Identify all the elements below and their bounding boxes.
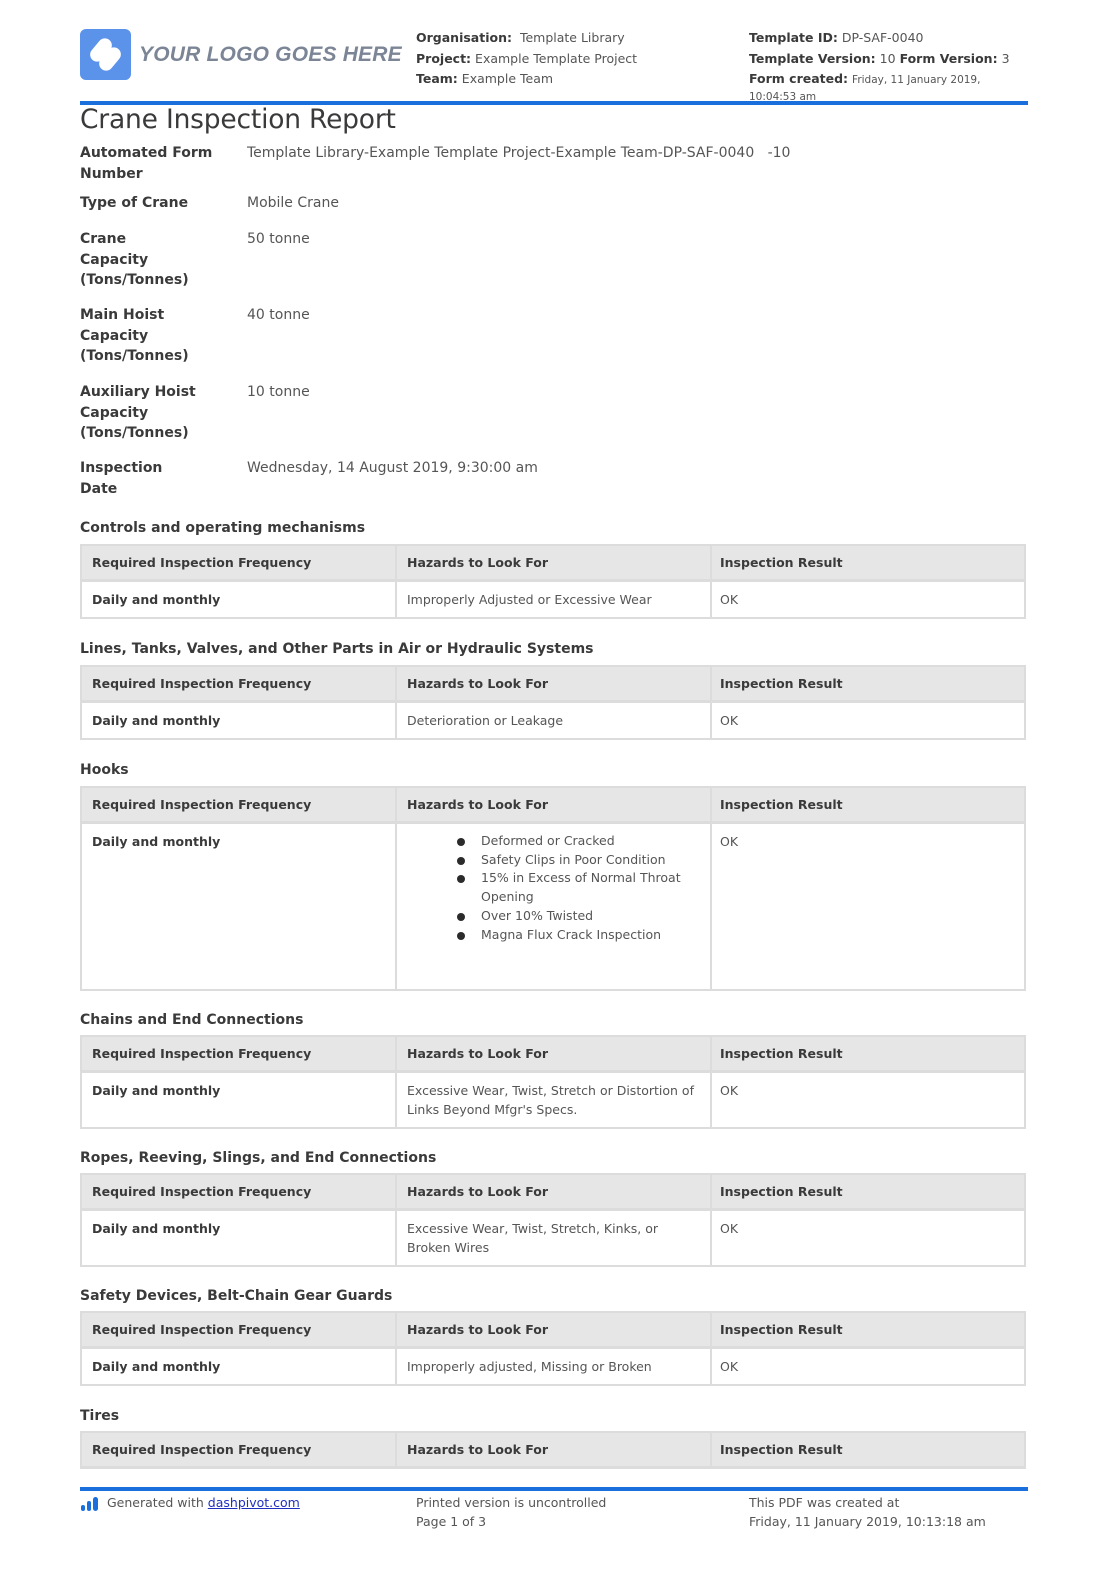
hazard-item: 15% in Excess of Normal Throat Opening (481, 869, 700, 906)
template-id-label: Template ID: (749, 30, 838, 45)
field-crane-capacity: Crane Capacity (Tons/Tonnes) 50 tonne (80, 229, 310, 291)
company-logo: YOUR LOGO GOES HERE (80, 29, 402, 80)
field-value: Mobile Crane (247, 193, 339, 214)
header-hazards: Hazards to Look For (397, 1432, 712, 1468)
field-inspection-date: Inspection Date Wednesday, 14 August 201… (80, 458, 538, 499)
project-label: Project: (416, 51, 471, 66)
field-value: Template Library-Example Template Projec… (243, 143, 790, 184)
table-header-row: Required Inspection Frequency Hazards to… (82, 1037, 1024, 1073)
inspection-table: Required Inspection Frequency Hazards to… (80, 1173, 1026, 1267)
header-frequency: Required Inspection Frequency (82, 787, 397, 823)
table-row: Daily and monthly Improperly Adjusted or… (82, 582, 1024, 617)
template-id-value: DP-SAF-0040 (842, 30, 924, 45)
pdf-created-label: This PDF was created at (749, 1493, 986, 1512)
organisation-value: Template Library (520, 30, 625, 45)
header-frequency: Required Inspection Frequency (82, 1174, 397, 1210)
table-header-row: Required Inspection Frequency Hazards to… (82, 667, 1024, 703)
header-result: Inspection Result (712, 787, 1024, 823)
form-version-label: Form Version: (900, 51, 998, 66)
logo-s-icon (80, 29, 131, 80)
inspection-table: Required Inspection Frequency Hazards to… (80, 1431, 1026, 1469)
field-auxiliary-hoist-capacity: Auxiliary Hoist Capacity (Tons/Tonnes) 1… (80, 382, 310, 444)
table-header-row: Required Inspection Frequency Hazards to… (82, 1433, 1024, 1469)
header-frequency: Required Inspection Frequency (82, 1432, 397, 1468)
cell-result: OK (712, 1211, 1024, 1265)
hazards-list: Deformed or Cracked Safety Clips in Poor… (407, 832, 700, 944)
field-label: Inspection Date (80, 458, 247, 499)
template-info: Template ID: DP-SAF-0040 Template Versio… (749, 28, 1029, 105)
cell-frequency: Daily and monthly (82, 1073, 397, 1127)
section-title: Chains and End Connections (80, 1012, 303, 1028)
field-value: 10 tonne (247, 382, 310, 444)
report-header: YOUR LOGO GOES HERE Organisation: Templa… (80, 0, 1028, 103)
field-label: Automated Form Number (80, 143, 243, 184)
inspection-table: Required Inspection Frequency Hazards to… (80, 786, 1026, 991)
table-row: Daily and monthly Improperly adjusted, M… (82, 1349, 1024, 1384)
project-value: Example Template Project (475, 51, 637, 66)
header-hazards: Hazards to Look For (397, 666, 712, 702)
footer-generated: Generated with dashpivot.com (80, 1493, 300, 1512)
cell-result: OK (712, 1073, 1024, 1127)
header-result: Inspection Result (712, 1174, 1024, 1210)
section-title: Tires (80, 1408, 119, 1424)
cell-result: OK (712, 703, 1024, 738)
header-hazards: Hazards to Look For (397, 1036, 712, 1072)
table-header-row: Required Inspection Frequency Hazards to… (82, 788, 1024, 824)
cell-hazards: Improperly adjusted, Missing or Broken (397, 1349, 712, 1384)
field-value: Wednesday, 14 August 2019, 9:30:00 am (247, 458, 538, 499)
hazard-item: Magna Flux Crack Inspection (481, 926, 700, 945)
organisation-label: Organisation: (416, 30, 512, 45)
cell-frequency: Daily and monthly (82, 824, 397, 989)
field-label: Auxiliary Hoist Capacity (Tons/Tonnes) (80, 382, 247, 444)
inspection-table: Required Inspection Frequency Hazards to… (80, 1035, 1026, 1129)
uncontrolled-notice: Printed version is uncontrolled (416, 1493, 606, 1512)
form-created-label: Form created: (749, 71, 848, 86)
form-version-value: 3 (1002, 51, 1010, 66)
header-result: Inspection Result (712, 1312, 1024, 1348)
org-info: Organisation: Template Library Project: … (416, 28, 637, 90)
footer-page-info: Printed version is uncontrolled Page 1 o… (416, 1493, 606, 1531)
template-version-value: 10 (880, 51, 896, 66)
table-header-row: Required Inspection Frequency Hazards to… (82, 1175, 1024, 1211)
generated-with-text: Generated with (107, 1493, 204, 1512)
cell-frequency: Daily and monthly (82, 582, 397, 617)
header-result: Inspection Result (712, 1432, 1024, 1468)
cell-frequency: Daily and monthly (82, 703, 397, 738)
field-label: Main Hoist Capacity (Tons/Tonnes) (80, 305, 247, 367)
header-result: Inspection Result (712, 666, 1024, 702)
template-version-label: Template Version: (749, 51, 876, 66)
cell-hazards: Deformed or Cracked Safety Clips in Poor… (397, 824, 712, 989)
pdf-created-value: Friday, 11 January 2019, 10:13:18 am (749, 1512, 986, 1531)
cell-hazards: Improperly Adjusted or Excessive Wear (397, 582, 712, 617)
team-value: Example Team (462, 71, 553, 86)
header-hazards: Hazards to Look For (397, 1174, 712, 1210)
table-row: Daily and monthly Deformed or Cracked Sa… (82, 824, 1024, 989)
cell-hazards: Excessive Wear, Twist, Stretch, Kinks, o… (397, 1211, 712, 1265)
field-value: 50 tonne (247, 229, 310, 291)
section-title: Hooks (80, 762, 129, 778)
team-label: Team: (416, 71, 458, 86)
header-frequency: Required Inspection Frequency (82, 1036, 397, 1072)
cell-result: OK (712, 1349, 1024, 1384)
footer-pdf-created: This PDF was created at Friday, 11 Janua… (749, 1493, 986, 1531)
table-row: Daily and monthly Deterioration or Leaka… (82, 703, 1024, 738)
cell-frequency: Daily and monthly (82, 1349, 397, 1384)
field-automated-form-number: Automated Form Number Template Library-E… (80, 143, 790, 184)
header-result: Inspection Result (712, 545, 1024, 581)
section-title: Safety Devices, Belt-Chain Gear Guards (80, 1288, 392, 1304)
section-title: Lines, Tanks, Valves, and Other Parts in… (80, 641, 594, 657)
header-hazards: Hazards to Look For (397, 1312, 712, 1348)
cell-hazards: Deterioration or Leakage (397, 703, 712, 738)
section-title: Controls and operating mechanisms (80, 520, 365, 536)
header-frequency: Required Inspection Frequency (82, 545, 397, 581)
table-row: Daily and monthly Excessive Wear, Twist,… (82, 1073, 1024, 1127)
field-label: Crane Capacity (Tons/Tonnes) (80, 229, 247, 291)
cell-result: OK (712, 824, 1024, 989)
logo-text: YOUR LOGO GOES HERE (139, 43, 402, 67)
table-header-row: Required Inspection Frequency Hazards to… (82, 546, 1024, 582)
hazard-item: Over 10% Twisted (481, 907, 700, 926)
page-title: Crane Inspection Report (80, 104, 396, 135)
report-page: YOUR LOGO GOES HERE Organisation: Templa… (80, 0, 1028, 103)
header-frequency: Required Inspection Frequency (82, 1312, 397, 1348)
field-label: Type of Crane (80, 193, 247, 214)
page-number: Page 1 of 3 (416, 1512, 606, 1531)
cell-frequency: Daily and monthly (82, 1211, 397, 1265)
header-hazards: Hazards to Look For (397, 545, 712, 581)
dashpivot-bars-icon (80, 1496, 102, 1512)
field-type-of-crane: Type of Crane Mobile Crane (80, 193, 339, 214)
footer-divider (80, 1487, 1028, 1491)
header-frequency: Required Inspection Frequency (82, 666, 397, 702)
cell-result: OK (712, 582, 1024, 617)
hazard-item: Deformed or Cracked (481, 832, 700, 851)
inspection-table: Required Inspection Frequency Hazards to… (80, 544, 1026, 619)
header-result: Inspection Result (712, 1036, 1024, 1072)
dashpivot-link[interactable]: dashpivot.com (208, 1493, 300, 1512)
section-title: Ropes, Reeving, Slings, and End Connecti… (80, 1150, 436, 1166)
inspection-table: Required Inspection Frequency Hazards to… (80, 1311, 1026, 1386)
header-hazards: Hazards to Look For (397, 787, 712, 823)
field-main-hoist-capacity: Main Hoist Capacity (Tons/Tonnes) 40 ton… (80, 305, 310, 367)
table-row: Daily and monthly Excessive Wear, Twist,… (82, 1211, 1024, 1265)
field-value: 40 tonne (247, 305, 310, 367)
cell-hazards: Excessive Wear, Twist, Stretch or Distor… (397, 1073, 712, 1127)
inspection-table: Required Inspection Frequency Hazards to… (80, 665, 1026, 740)
table-header-row: Required Inspection Frequency Hazards to… (82, 1313, 1024, 1349)
hazard-item: Safety Clips in Poor Condition (481, 851, 700, 870)
